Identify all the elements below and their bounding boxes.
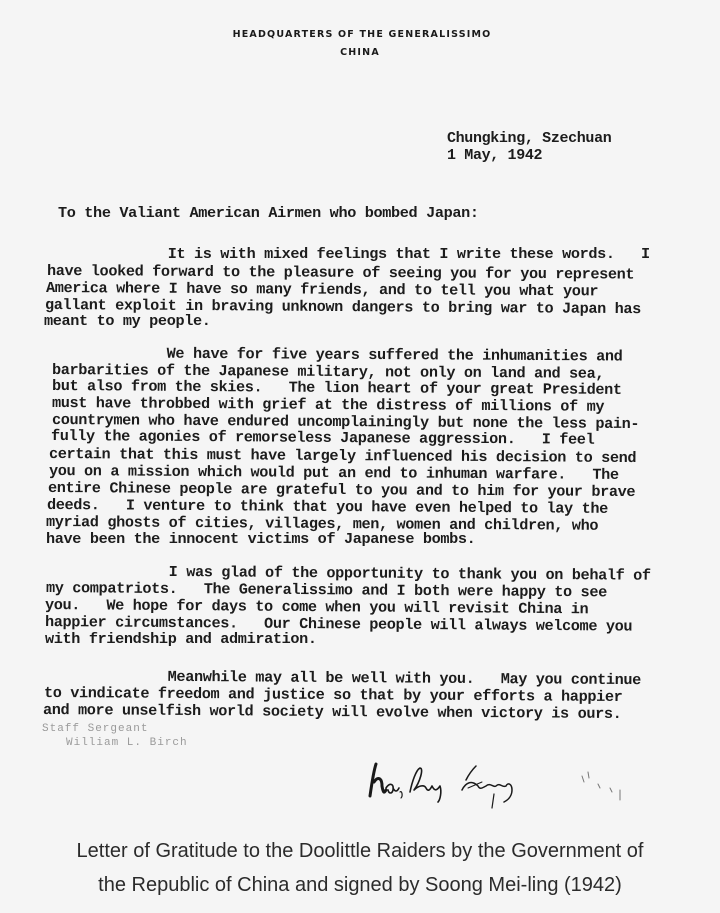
paragraph-3-line: with friendship and admiration. <box>45 631 317 647</box>
caption-line-2: the Republic of China and signed by Soon… <box>0 868 720 902</box>
caption-line-1: Letter of Gratitude to the Doolittle Rai… <box>0 834 720 868</box>
image-caption: Letter of Gratitude to the Doolittle Rai… <box>0 834 720 902</box>
letterhead-title: HEADQUARTERS OF THE GENERALISSIMO <box>2 29 720 40</box>
paragraph-4-line: and more unselfish world society will ev… <box>43 702 622 722</box>
paragraph-1-line: It is with mixed feelings that I write t… <box>45 246 650 262</box>
salutation: To the Valiant American Airmen who bombe… <box>58 205 479 221</box>
paragraph-1-line: meant to my people. <box>44 313 211 329</box>
faint-stamp-line-1: Staff Sergeant <box>42 723 148 735</box>
handwritten-signature: Mayling Soong Chiang <box>362 752 642 812</box>
dateline-date: 1 May, 1942 <box>447 148 542 164</box>
paragraph-2-line: have been the innocent victims of Japane… <box>46 531 475 547</box>
dateline-place: Chungking, Szechuan <box>447 131 611 147</box>
letterhead-subtitle: CHINA <box>0 47 720 58</box>
faint-stamp-annotation: Staff Sergeant William L. Birch <box>42 722 188 750</box>
faint-stamp-line-2: William L. Birch <box>42 737 188 749</box>
letter-scan: HEADQUARTERS OF THE GENERALISSIMO CHINA … <box>0 0 720 820</box>
